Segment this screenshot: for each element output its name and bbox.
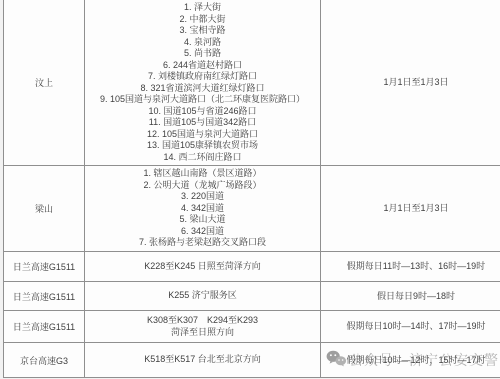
schedule-text: 1月1日至1月3日 [383,77,448,87]
road-line: 5. 梁山大道 [88,214,317,226]
schedule-cell: 假期每日11时—13时、16时—19时 [321,252,500,282]
region-cell: 梁山 [4,166,85,252]
road-line: 4. 342国道 [88,203,317,215]
region-cell: 京台高速G3 [4,343,85,378]
region-cell: 日兰高速G1511 [4,311,85,343]
road-line: K518至K517 台北至北京方向 [88,354,317,366]
road-line: 3. 220国道 [88,191,317,203]
road-line: K255 济宁服务区 [88,290,317,302]
road-line: K228至K245 日照至菏泽方向 [88,261,317,273]
traffic-control-table-image: 汶上1. 泽大街2. 中都大街3. 宝相寺路4. 泉河路5. 尚书路6. 244… [0,0,500,379]
schedule-cell: 1月1日至1月3日 [321,0,500,166]
road-line: 13. 国道105康驿镇农贸市场 [88,140,317,152]
road-line: 1. 泽大街 [88,2,317,14]
roads-cell: 1. 泽大街2. 中都大街3. 宝相寺路4. 泉河路5. 尚书路6. 244省道… [85,0,321,166]
road-line: 8. 321省道滨河大道红绿灯路口 [88,83,317,95]
road-line: 7. 刘楼镇政府南红绿灯路口 [88,71,317,83]
schedule-text: 假日每日9时—18时 [377,291,455,301]
table-row: 日兰高速G1511K255 济宁服务区假日每日9时—18时 [4,282,500,311]
table-row: 京台高速G3K518至K517 台北至北京方向公众号—济宁公安交警假期每日10时… [4,343,500,378]
schedule-cell: 1月1日至1月3日 [321,166,500,252]
road-line: 12. 105国道与泉河大道路口 [88,129,317,141]
roads-cell: K518至K517 台北至北京方向 [85,343,321,378]
table-row: 日兰高速G1511K228至K245 日照至菏泽方向假期每日11时—13时、16… [4,252,500,282]
schedule-text: 假期每日11时—13时、16时—19时 [347,261,485,271]
road-line: 3. 宝相寺路 [88,25,317,37]
traffic-table: 汶上1. 泽大街2. 中都大街3. 宝相寺路4. 泉河路5. 尚书路6. 244… [3,0,500,378]
roads-cell: K255 济宁服务区 [85,282,321,311]
road-line: 1. 辖区越山南路（景区道路） [88,168,317,180]
road-line: 14. 西二环阎庄路口 [88,152,317,164]
region-cell: 日兰高速G1511 [4,252,85,282]
road-line: 10. 国道105与省道246路口 [88,106,317,118]
roads-cell: 1. 辖区越山南路（景区道路）2. 公明大道（龙城广场路段）3. 220国道4.… [85,166,321,252]
schedule-text: 假期每日10时—14时、17时—19时 [346,321,485,331]
road-line: 2. 中都大街 [88,14,317,26]
roads-cell: K308至K307 K294至K293菏泽至日照方向 [85,311,321,343]
region-cell: 汶上 [4,0,85,166]
road-line: 6. 244省道赵村路口 [88,60,317,72]
region-cell: 日兰高速G1511 [4,282,85,311]
road-line: K308至K307 K294至K293 [88,315,317,327]
schedule-cell: 公众号—济宁公安交警假期每日10时—12时，15时—17时 [321,343,500,378]
road-line: 7. 张杨路与老梁赵路交叉路口段 [88,237,317,249]
table-row: 梁山1. 辖区越山南路（景区道路）2. 公明大道（龙城广场路段）3. 220国道… [4,166,500,252]
schedule-cell: 假日每日9时—18时 [321,282,500,311]
road-line: 4. 泉河路 [88,37,317,49]
road-line: 5. 尚书路 [88,48,317,60]
table-body: 汶上1. 泽大街2. 中都大街3. 宝相寺路4. 泉河路5. 尚书路6. 244… [4,0,500,378]
schedule-text: 假期每日10时—12时，15时—17时 [346,355,485,365]
road-line: 菏泽至日照方向 [88,327,317,339]
schedule-text: 1月1日至1月3日 [383,203,448,213]
table-row: 汶上1. 泽大街2. 中都大街3. 宝相寺路4. 泉河路5. 尚书路6. 244… [4,0,500,166]
roads-cell: K228至K245 日照至菏泽方向 [85,252,321,282]
wechat-icon [326,350,347,370]
road-line: 9. 105国道与泉河大道路口（北二环康复医院路口） [88,94,317,106]
road-line: 2. 公明大道（龙城广场路段） [88,180,317,192]
road-line: 11. 国道105与国道342路口 [88,117,317,129]
road-line: 6. 342国道 [88,226,317,238]
schedule-cell: 假期每日10时—14时、17时—19时 [321,311,500,343]
table-row: 日兰高速G1511K308至K307 K294至K293菏泽至日照方向假期每日1… [4,311,500,343]
